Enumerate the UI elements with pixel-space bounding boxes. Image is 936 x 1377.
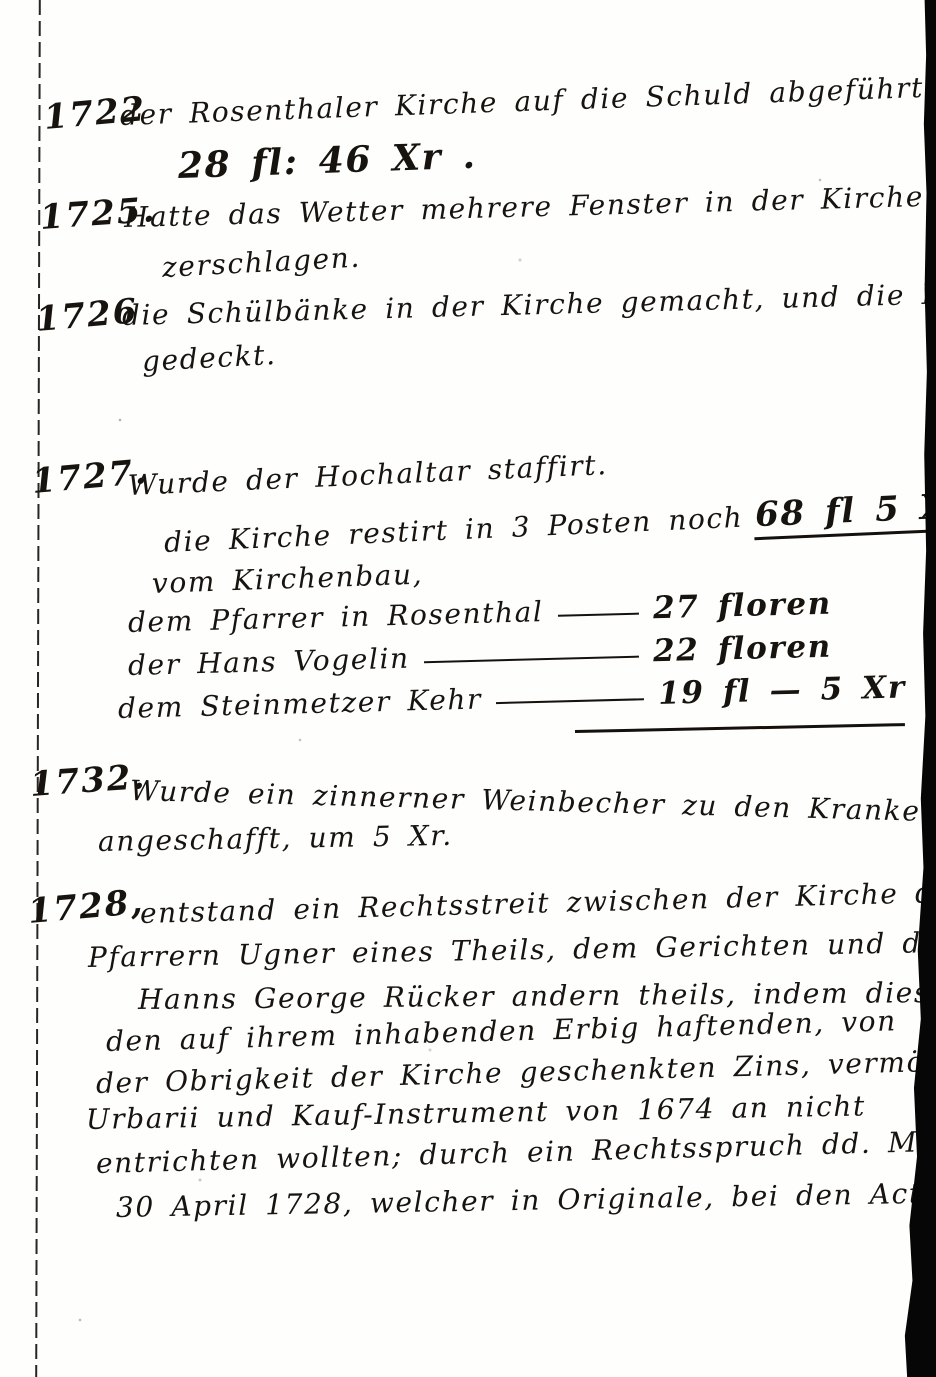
entry-1726-line-1: die Schülbänke in der Kirche gemacht, un…: [122, 276, 936, 332]
money-row-amount: 27 floren: [653, 586, 833, 627]
money-row-amount: 19 fl — 5 Xr: [658, 669, 906, 711]
entry-1728-line-8: 30 April 1728, welcher in Originale, bei…: [116, 1177, 936, 1224]
money-row-label: dem Steinmetzer Kehr: [118, 682, 483, 725]
entry-1722-line-1: der Rosenthaler Kirche auf die Schuld ab…: [119, 72, 924, 132]
entry-1728-line-2: Pfarrern Ugner eines Theils, dem Gericht…: [88, 927, 936, 975]
entry-year-1728: 1728,: [26, 882, 146, 932]
money-row-label: der Hans Vogelin: [128, 642, 411, 682]
entry-1732-line-2: angeschafft, um 5 Xr.: [98, 820, 453, 858]
rest-amount-underlined: 68 fl 5 Xr: [752, 486, 936, 540]
entry-1722-amount: 28 fl: 46 Xr .: [177, 136, 477, 188]
entry-1725-line-1: Hatte das Wetter mehrere Fenster in der …: [124, 181, 925, 234]
entry-1727-source-line: vom Kirchenbau,: [151, 559, 423, 601]
rest-line-text: die Kirche restirt in 3 Posten noch: [163, 501, 744, 559]
dash-leader: [424, 656, 640, 664]
entry-1725-line-2: zerschlagen.: [161, 242, 361, 285]
entry-1727-rest-line: die Kirche restirt in 3 Posten noch68 fl…: [163, 487, 936, 561]
entry-1726-line-2: gedeckt.: [141, 339, 277, 378]
entry-1728-line-1: entstand ein Rechtsstreit zwischen der K…: [140, 876, 936, 930]
money-row-amount: 22 floren: [653, 629, 833, 670]
sum-underline: [575, 723, 905, 733]
scanned-manuscript-page: 1722 der Rosenthaler Kirche auf die Schu…: [0, 0, 936, 1377]
money-row-label: dem Pfarrer in Rosenthal: [128, 595, 544, 639]
dash-leader: [558, 613, 640, 617]
entry-1727-altar-line: Wurde der Hochaltar staffirt.: [127, 449, 608, 502]
dash-leader: [496, 698, 644, 704]
